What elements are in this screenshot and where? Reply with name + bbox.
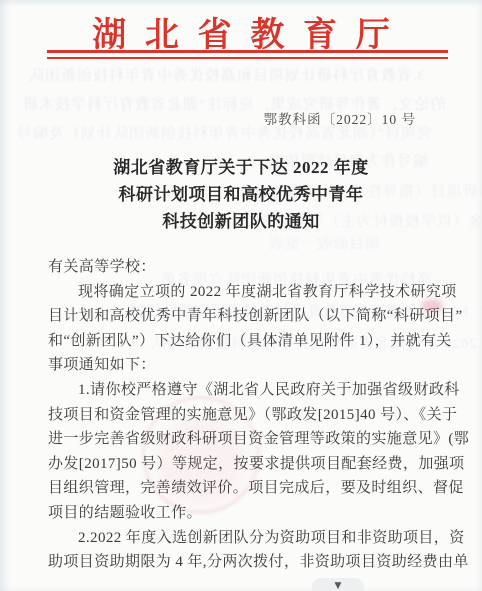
body-line: 和“创新团队”）下达给你们（具体清单见附件 1），并就有关 (48, 329, 448, 354)
body-line: 目组织管理，完善绩效评价。项目完成后，要及时组织、督促 (48, 476, 448, 501)
document-title-line: 科技创新团队的通知 (0, 208, 482, 235)
chevron-down-icon: ▼ (335, 581, 342, 591)
body-line: 技项目和资金管理的实施意见》（鄂政发[2015]40 号）、《关于 (48, 403, 448, 428)
body-line: 助项目资助期限为 4 年,分两次拨付，非资助项目资助经费由单 (48, 550, 448, 575)
body-line: 办发[2017]50 号）等规定，按要求提供项目配套经费，加强项 (48, 452, 448, 477)
document-content: 湖北省教育厅 鄂教科函〔2022〕10 号 湖北省教育厅关于下达 2022 年度… (0, 0, 482, 591)
body-line: 现将确定立项的 2022 年度湖北省教育厅科学技术研究项 (48, 280, 448, 305)
document-title-line: 科研计划项目和高校优秀中青年 (0, 181, 482, 208)
body-line: 项目的结题验收工作。 (48, 501, 448, 526)
scanned-document-page: 3.省教育厅科研计划项目和高校优秀中青年科技创新团队 的论文、著作等研究成果，应… (0, 0, 482, 591)
document-title: 湖北省教育厅关于下达 2022 年度 科研计划项目和高校优秀中青年 科技创新团队… (0, 154, 482, 235)
body-line: 2.2022 年度入选创新团队分为资助项目和非资助项目，资 (48, 526, 448, 551)
scroll-down-indicator[interactable]: ▼ (312, 578, 364, 591)
document-reference-number: 鄂教科函〔2022〕10 号 (264, 108, 416, 128)
letterhead-double-rule (47, 50, 448, 59)
document-body: 有关高等学校： 现将确定立项的 2022 年度湖北省教育厅科学技术研究项 目计划… (48, 255, 448, 575)
body-line: 进一步完善省级财政科研项目资金管理等政策的实施意见》(鄂 (48, 427, 448, 452)
body-line: 1.请你校严格遵守《湖北省人民政府关于加强省级财政科 (48, 378, 448, 403)
document-title-line: 湖北省教育厅关于下达 2022 年度 (0, 154, 482, 181)
body-line: 事项通知如下： (48, 353, 448, 378)
salutation-line: 有关高等学校： (48, 255, 448, 280)
letterhead-agency-title: 湖北省教育厅 (0, 7, 482, 56)
body-line: 目计划和高校优秀中青年科技创新团队（以下简称“科研项目” (48, 304, 448, 329)
